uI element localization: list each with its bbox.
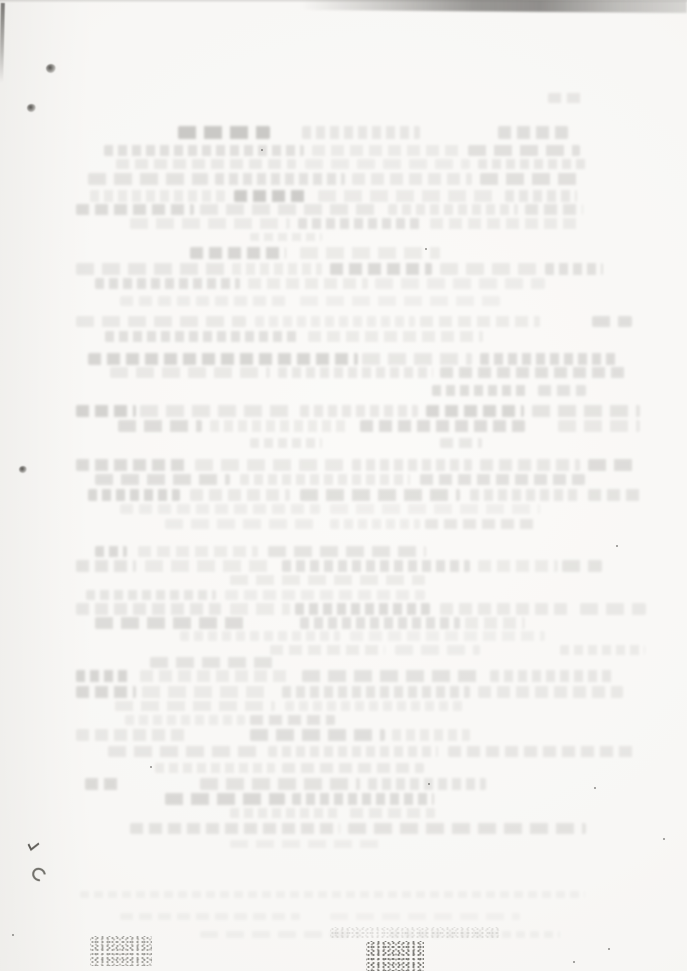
faded-text-line: [420, 316, 540, 327]
faded-text-line: [282, 763, 424, 773]
faded-text-line: [478, 560, 558, 572]
faded-text-line: [195, 459, 345, 471]
faded-text-line: [558, 420, 640, 432]
faded-text-line: [430, 218, 580, 229]
faded-text-line: [268, 746, 438, 757]
faded-text-line: [478, 686, 623, 698]
faded-text-line: [155, 763, 275, 773]
faded-text-line: [140, 405, 290, 417]
faded-text-line: [330, 263, 432, 275]
faded-text-line: [230, 840, 380, 848]
faded-text-line: [215, 173, 345, 185]
faded-text-line: [116, 159, 296, 169]
faded-text-line: [150, 657, 278, 668]
faded-text-line: [330, 519, 420, 529]
faded-text-line: [76, 459, 188, 471]
faded-text-line: [104, 145, 304, 156]
grain-smudge: [366, 941, 424, 971]
faded-text-line: [108, 746, 258, 757]
faded-text-line: [250, 233, 322, 241]
ink-speck: [616, 545, 618, 547]
faded-text-line: [95, 617, 250, 629]
faded-text-line: [234, 190, 308, 202]
faded-text-line: [295, 603, 430, 615]
faded-text-line: [268, 546, 426, 557]
faded-text-line: [120, 504, 320, 514]
faded-text-line: [545, 263, 603, 275]
faded-text-line: [232, 263, 322, 275]
faded-text-line: [592, 316, 632, 327]
grain-smudge: [90, 936, 152, 966]
faded-text-line: [388, 204, 518, 215]
blot-mark: [46, 64, 56, 73]
faded-text-line: [85, 778, 121, 790]
faded-text-line: [110, 367, 270, 378]
faded-text-line: [312, 145, 462, 156]
faded-text-line: [348, 823, 586, 834]
faded-text-line: [350, 631, 545, 641]
faded-text-line: [105, 331, 300, 342]
faded-text-line: [538, 385, 586, 396]
ink-speck: [663, 838, 665, 840]
faded-text-line: [478, 159, 586, 169]
faded-text-line: [362, 353, 472, 365]
faded-text-line: [142, 686, 272, 698]
faded-text-line: [165, 519, 315, 529]
scan-left-edge-artifact: [0, 3, 5, 83]
faded-text-line: [76, 729, 186, 741]
faded-text-line: [255, 316, 415, 327]
faded-text-line: [76, 603, 221, 615]
faded-text-line: [490, 670, 615, 682]
faded-text-line: [480, 459, 580, 471]
faded-text-line: [300, 405, 418, 417]
faded-text-line: [560, 645, 645, 655]
faded-text-line: [480, 353, 620, 365]
faded-text-line: [76, 263, 226, 275]
ink-speck: [594, 787, 596, 789]
faded-text-line: [210, 420, 350, 432]
faded-text-line: [95, 546, 127, 557]
faded-text-line: [548, 93, 586, 103]
faded-text-line: [145, 560, 275, 572]
faded-text-line: [230, 808, 340, 818]
faded-text-line: [580, 603, 646, 615]
faded-text-line: [420, 474, 585, 485]
faded-text-line: [392, 729, 470, 741]
faded-text-line: [200, 778, 360, 790]
faded-text-line: [76, 204, 194, 215]
faded-text-line: [76, 405, 136, 417]
grain-smudge: [330, 927, 500, 938]
faded-text-line: [120, 296, 290, 306]
faded-text-line: [285, 701, 465, 711]
faded-text-line: [282, 560, 470, 572]
faded-text-line: [318, 190, 498, 202]
faded-text-line: [352, 459, 472, 471]
faded-text-line: [465, 617, 525, 629]
blot-mark: [27, 104, 36, 112]
faded-text-line: [278, 367, 433, 378]
faded-text-line: [86, 590, 216, 600]
faded-text-line: [118, 420, 202, 432]
faded-text-line: [76, 316, 246, 327]
faded-text-line: [498, 126, 568, 139]
faded-text-line: [300, 247, 440, 259]
scanned-page: [0, 0, 687, 971]
faded-text-line: [305, 159, 470, 169]
faded-text-line: [440, 263, 540, 275]
faded-text-line: [120, 913, 300, 920]
faded-text-line: [300, 617, 460, 629]
faded-text-line: [300, 296, 500, 306]
faded-text-line: [88, 353, 358, 365]
faded-text-line: [525, 204, 583, 215]
faded-text-line: [352, 173, 472, 185]
faded-text-line: [165, 793, 285, 805]
faded-text-line: [308, 331, 483, 342]
faded-text-line: [350, 808, 435, 818]
faded-text-line: [588, 489, 645, 501]
faded-text-line: [270, 645, 385, 655]
faded-text-line: [448, 746, 638, 757]
blot-mark: [19, 466, 27, 473]
faded-text-line: [505, 190, 577, 202]
faded-text-line: [375, 278, 545, 289]
faded-text-line: [330, 913, 520, 920]
faded-text-line: [180, 631, 340, 641]
faded-text-line: [440, 438, 482, 448]
faded-text-line: [138, 546, 258, 557]
faded-text-line: [200, 204, 380, 215]
faded-text-line: [302, 126, 420, 139]
faded-text-line: [90, 190, 225, 202]
faded-text-line: [240, 474, 410, 485]
ink-speck: [150, 766, 152, 768]
faded-text-line: [330, 504, 540, 514]
faded-text-line: [80, 891, 585, 898]
faded-text-line: [130, 823, 340, 834]
faded-text-line: [298, 218, 423, 229]
faded-text-line: [282, 686, 470, 698]
faded-text-line: [225, 590, 425, 600]
faded-text-line: [88, 489, 180, 501]
faded-text-line: [562, 560, 602, 572]
faded-text-line: [76, 670, 132, 682]
faded-text-line: [588, 459, 640, 471]
ring-mark: [29, 865, 48, 884]
check-mark: [28, 838, 40, 851]
faded-text-line: [425, 519, 535, 529]
faded-text-line: [248, 278, 368, 289]
faded-text-line: [95, 474, 230, 485]
faded-text-line: [250, 729, 385, 741]
ink-speck: [608, 948, 610, 950]
faded-text-line: [302, 670, 480, 682]
faded-text-line: [76, 560, 136, 572]
faded-text-line: [88, 173, 208, 185]
faded-text-line: [368, 778, 486, 790]
faded-text-line: [230, 575, 425, 585]
faded-text-line: [190, 489, 290, 501]
scan-streak-artifact: [300, 0, 687, 13]
faded-text-line: [292, 793, 434, 805]
faded-text-line: [440, 603, 570, 615]
faded-text-line: [300, 489, 460, 501]
faded-text-line: [230, 603, 290, 615]
faded-text-line: [440, 367, 630, 378]
faded-text-line: [190, 247, 286, 259]
ink-speck: [428, 783, 430, 785]
faded-text-line: [76, 686, 136, 698]
faded-text-line: [480, 173, 580, 185]
ink-speck: [261, 149, 263, 151]
faded-text-line: [250, 438, 322, 448]
ink-speck: [425, 248, 427, 250]
faded-text-line: [95, 278, 240, 289]
faded-text-line: [360, 420, 525, 432]
faded-text-line: [250, 715, 335, 725]
faded-text-line: [470, 489, 580, 501]
faded-text-line: [395, 645, 480, 655]
ink-speck: [573, 961, 575, 963]
faded-text-line: [468, 145, 580, 156]
faded-text-line: [115, 701, 275, 711]
faded-text-line: [140, 670, 290, 682]
faded-text-line: [125, 715, 245, 725]
faded-text-line: [532, 405, 640, 417]
faded-text-line: [130, 218, 290, 229]
faded-text-line: [178, 126, 270, 139]
faded-text-line: [432, 385, 530, 396]
ink-speck: [12, 934, 14, 936]
faded-text-line: [426, 405, 524, 417]
